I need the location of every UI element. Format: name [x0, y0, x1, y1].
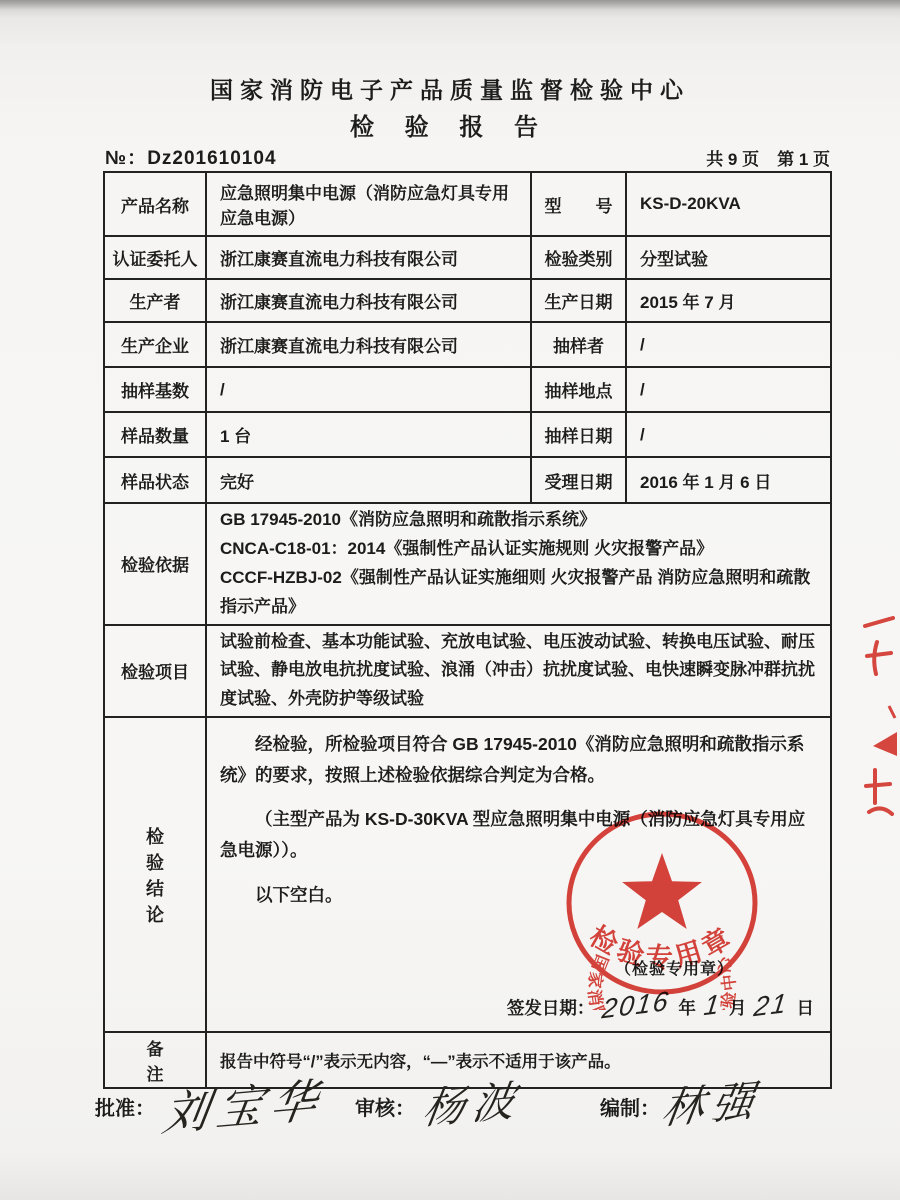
prepare-signature: 林强 — [658, 1077, 765, 1133]
table-row: 认证委托人 浙江康赛直流电力科技有限公司 检验类别 分型试验 — [104, 236, 831, 279]
row-value: / — [626, 322, 831, 367]
row-value: 浙江康赛直流电力科技有限公司 — [206, 236, 531, 279]
row-value: 应急照明集中电源（消防应急灯具专用应急电源） — [206, 172, 531, 236]
approve-signature: 刘宝华 — [159, 1074, 329, 1140]
issue-date-label: 签发日期： — [507, 998, 595, 1018]
row-value: 浙江康赛直流电力科技有限公司 — [206, 279, 531, 322]
basis-label: 检验依据 — [104, 503, 206, 625]
scan-edge-shadow — [0, 0, 900, 10]
items-text: 试验前检查、基本功能试验、充放电试验、电压波动试验、转换电压试验、耐压试验、静电… — [220, 628, 820, 715]
center-title: 国家消防电子产品质量监督检验中心 — [0, 72, 900, 105]
remark-label-char: 备 — [147, 1035, 164, 1060]
report-number-prefix: №： — [105, 148, 147, 169]
page-info: 共 9 页第 1 页 — [688, 145, 830, 170]
row-value: 1 台 — [206, 412, 531, 457]
report-number: №：Dz201610104 — [105, 143, 277, 170]
row-value: 2015 年 7 月 — [626, 279, 831, 322]
row-value: 浙江康赛直流电力科技有限公司 — [206, 322, 531, 367]
signature-row: 批准： 刘宝华 审核： 杨波 编制： 林强 — [0, 1082, 900, 1177]
issue-day-unit: 日 — [797, 998, 815, 1018]
issue-date-line: 签发日期：2016年1月21日 — [507, 990, 814, 1021]
row-label: 受理日期 — [531, 457, 626, 503]
issue-month-unit: 月 — [729, 998, 747, 1018]
items-value: 试验前检查、基本功能试验、充放电试验、电压波动试验、转换电压试验、耐压试验、静电… — [206, 625, 831, 718]
basis-line: CCCF-HZBJ-02《强制性产品认证实施细则 火灾报警产品 消防应急照明和疏… — [220, 564, 820, 622]
row-value: 2016 年 1 月 6 日 — [626, 457, 831, 503]
basis-value: GB 17945-2010《消防应急照明和疏散指示系统》 CNCA-C18-01… — [206, 503, 831, 625]
row-label: 样品数量 — [104, 412, 206, 457]
report-number-value: Dz201610104 — [147, 148, 276, 169]
conclusion-body: 经检验，所检验项目符合 GB 17945-2010《消防应急照明和疏散指示系统》… — [206, 717, 831, 1032]
items-label: 检验项目 — [104, 625, 206, 718]
remark-text: 报告中符号“/”表示无内容，“—”表示不适用于该产品。 — [220, 1048, 820, 1072]
current-page: 第 1 页 — [777, 150, 830, 169]
table-row-basis: 检验依据 GB 17945-2010《消防应急照明和疏散指示系统》 CNCA-C… — [104, 503, 831, 625]
issue-day-handwritten: 21 — [753, 988, 791, 1024]
report-meta-row: №：Dz201610104 共 9 页第 1 页 — [103, 143, 830, 169]
table-row: 产品名称 应急照明集中电源（消防应急灯具专用应急电源） 型 号 KS-D-20K… — [104, 172, 831, 236]
issue-year-handwritten: 2016 — [601, 986, 672, 1026]
row-label: 抽样地点 — [531, 367, 626, 412]
conclusion-label-char: 结 — [146, 875, 164, 901]
review-group: 审核： 杨波 — [355, 1082, 523, 1128]
row-value: / — [626, 412, 831, 457]
table-row: 生产企业 浙江康赛直流电力科技有限公司 抽样者 / — [104, 322, 831, 367]
review-signature: 杨波 — [419, 1077, 526, 1133]
row-label: 样品状态 — [104, 457, 206, 503]
table-row: 样品数量 1 台 抽样日期 / — [104, 412, 831, 457]
issue-year-unit: 年 — [678, 998, 696, 1018]
row-label: 抽样基数 — [104, 367, 206, 412]
report-title: 检 验 报 告 — [0, 107, 900, 142]
table-row: 样品状态 完好 受理日期 2016 年 1 月 6 日 — [104, 457, 831, 503]
conclusion-paragraph: 以下空白。 — [220, 880, 815, 911]
review-label: 审核： — [355, 1082, 415, 1121]
row-label: 检验类别 — [531, 236, 626, 279]
seal-note: （检验专用章） — [615, 956, 734, 979]
row-label: 产品名称 — [104, 172, 206, 236]
row-value: / — [206, 367, 531, 412]
total-pages: 共 9 页 — [706, 150, 759, 169]
row-value: 分型试验 — [626, 236, 831, 279]
row-value: / — [626, 367, 831, 412]
conclusion-paragraph: （主型产品为 KS-D-30KVA 型应急照明集中电源（消防应急灯具专用应急电源… — [220, 804, 815, 865]
basis-line: CNCA-C18-01：2014《强制性产品认证实施规则 火灾报警产品》 — [220, 535, 820, 564]
prepare-label: 编制： — [600, 1082, 660, 1121]
row-value: 完好 — [206, 457, 531, 503]
table-row: 抽样基数 / 抽样地点 / — [104, 367, 831, 412]
report-table: 产品名称 应急照明集中电源（消防应急灯具专用应急电源） 型 号 KS-D-20K… — [103, 171, 832, 1089]
row-label: 生产者 — [104, 279, 206, 322]
prepare-group: 编制： 林强 — [600, 1082, 762, 1128]
table-row-conclusion: 检 验 结 论 经检验，所检验项目符合 GB 17945-2010《消防应急照明… — [104, 717, 831, 1032]
issue-month-handwritten: 1 — [702, 989, 723, 1023]
row-label: 抽样者 — [531, 322, 626, 367]
conclusion-label: 检 验 结 论 — [104, 717, 206, 1032]
remark-label: 备 注 — [104, 1032, 206, 1088]
row-label: 认证委托人 — [104, 236, 206, 279]
approve-group: 批准： 刘宝华 — [95, 1082, 325, 1133]
row-label: 型 号 — [531, 172, 626, 236]
conclusion-paragraph: 经检验，所检验项目符合 GB 17945-2010《消防应急照明和疏散指示系统》… — [220, 729, 815, 790]
approve-label: 批准： — [95, 1082, 155, 1121]
row-label: 生产日期 — [531, 279, 626, 322]
conclusion-label-char: 验 — [146, 849, 164, 875]
conclusion-label-char: 论 — [146, 901, 164, 927]
edge-stamp-fragments — [845, 598, 900, 818]
row-value: KS-D-20KVA — [626, 172, 831, 236]
table-row: 生产者 浙江康赛直流电力科技有限公司 生产日期 2015 年 7 月 — [104, 279, 831, 322]
row-label: 生产企业 — [104, 322, 206, 367]
basis-line: GB 17945-2010《消防应急照明和疏散指示系统》 — [220, 506, 820, 535]
table-row-items: 检验项目 试验前检查、基本功能试验、充放电试验、电压波动试验、转换电压试验、耐压… — [104, 625, 831, 718]
conclusion-label-char: 检 — [146, 823, 164, 849]
row-label: 抽样日期 — [531, 412, 626, 457]
